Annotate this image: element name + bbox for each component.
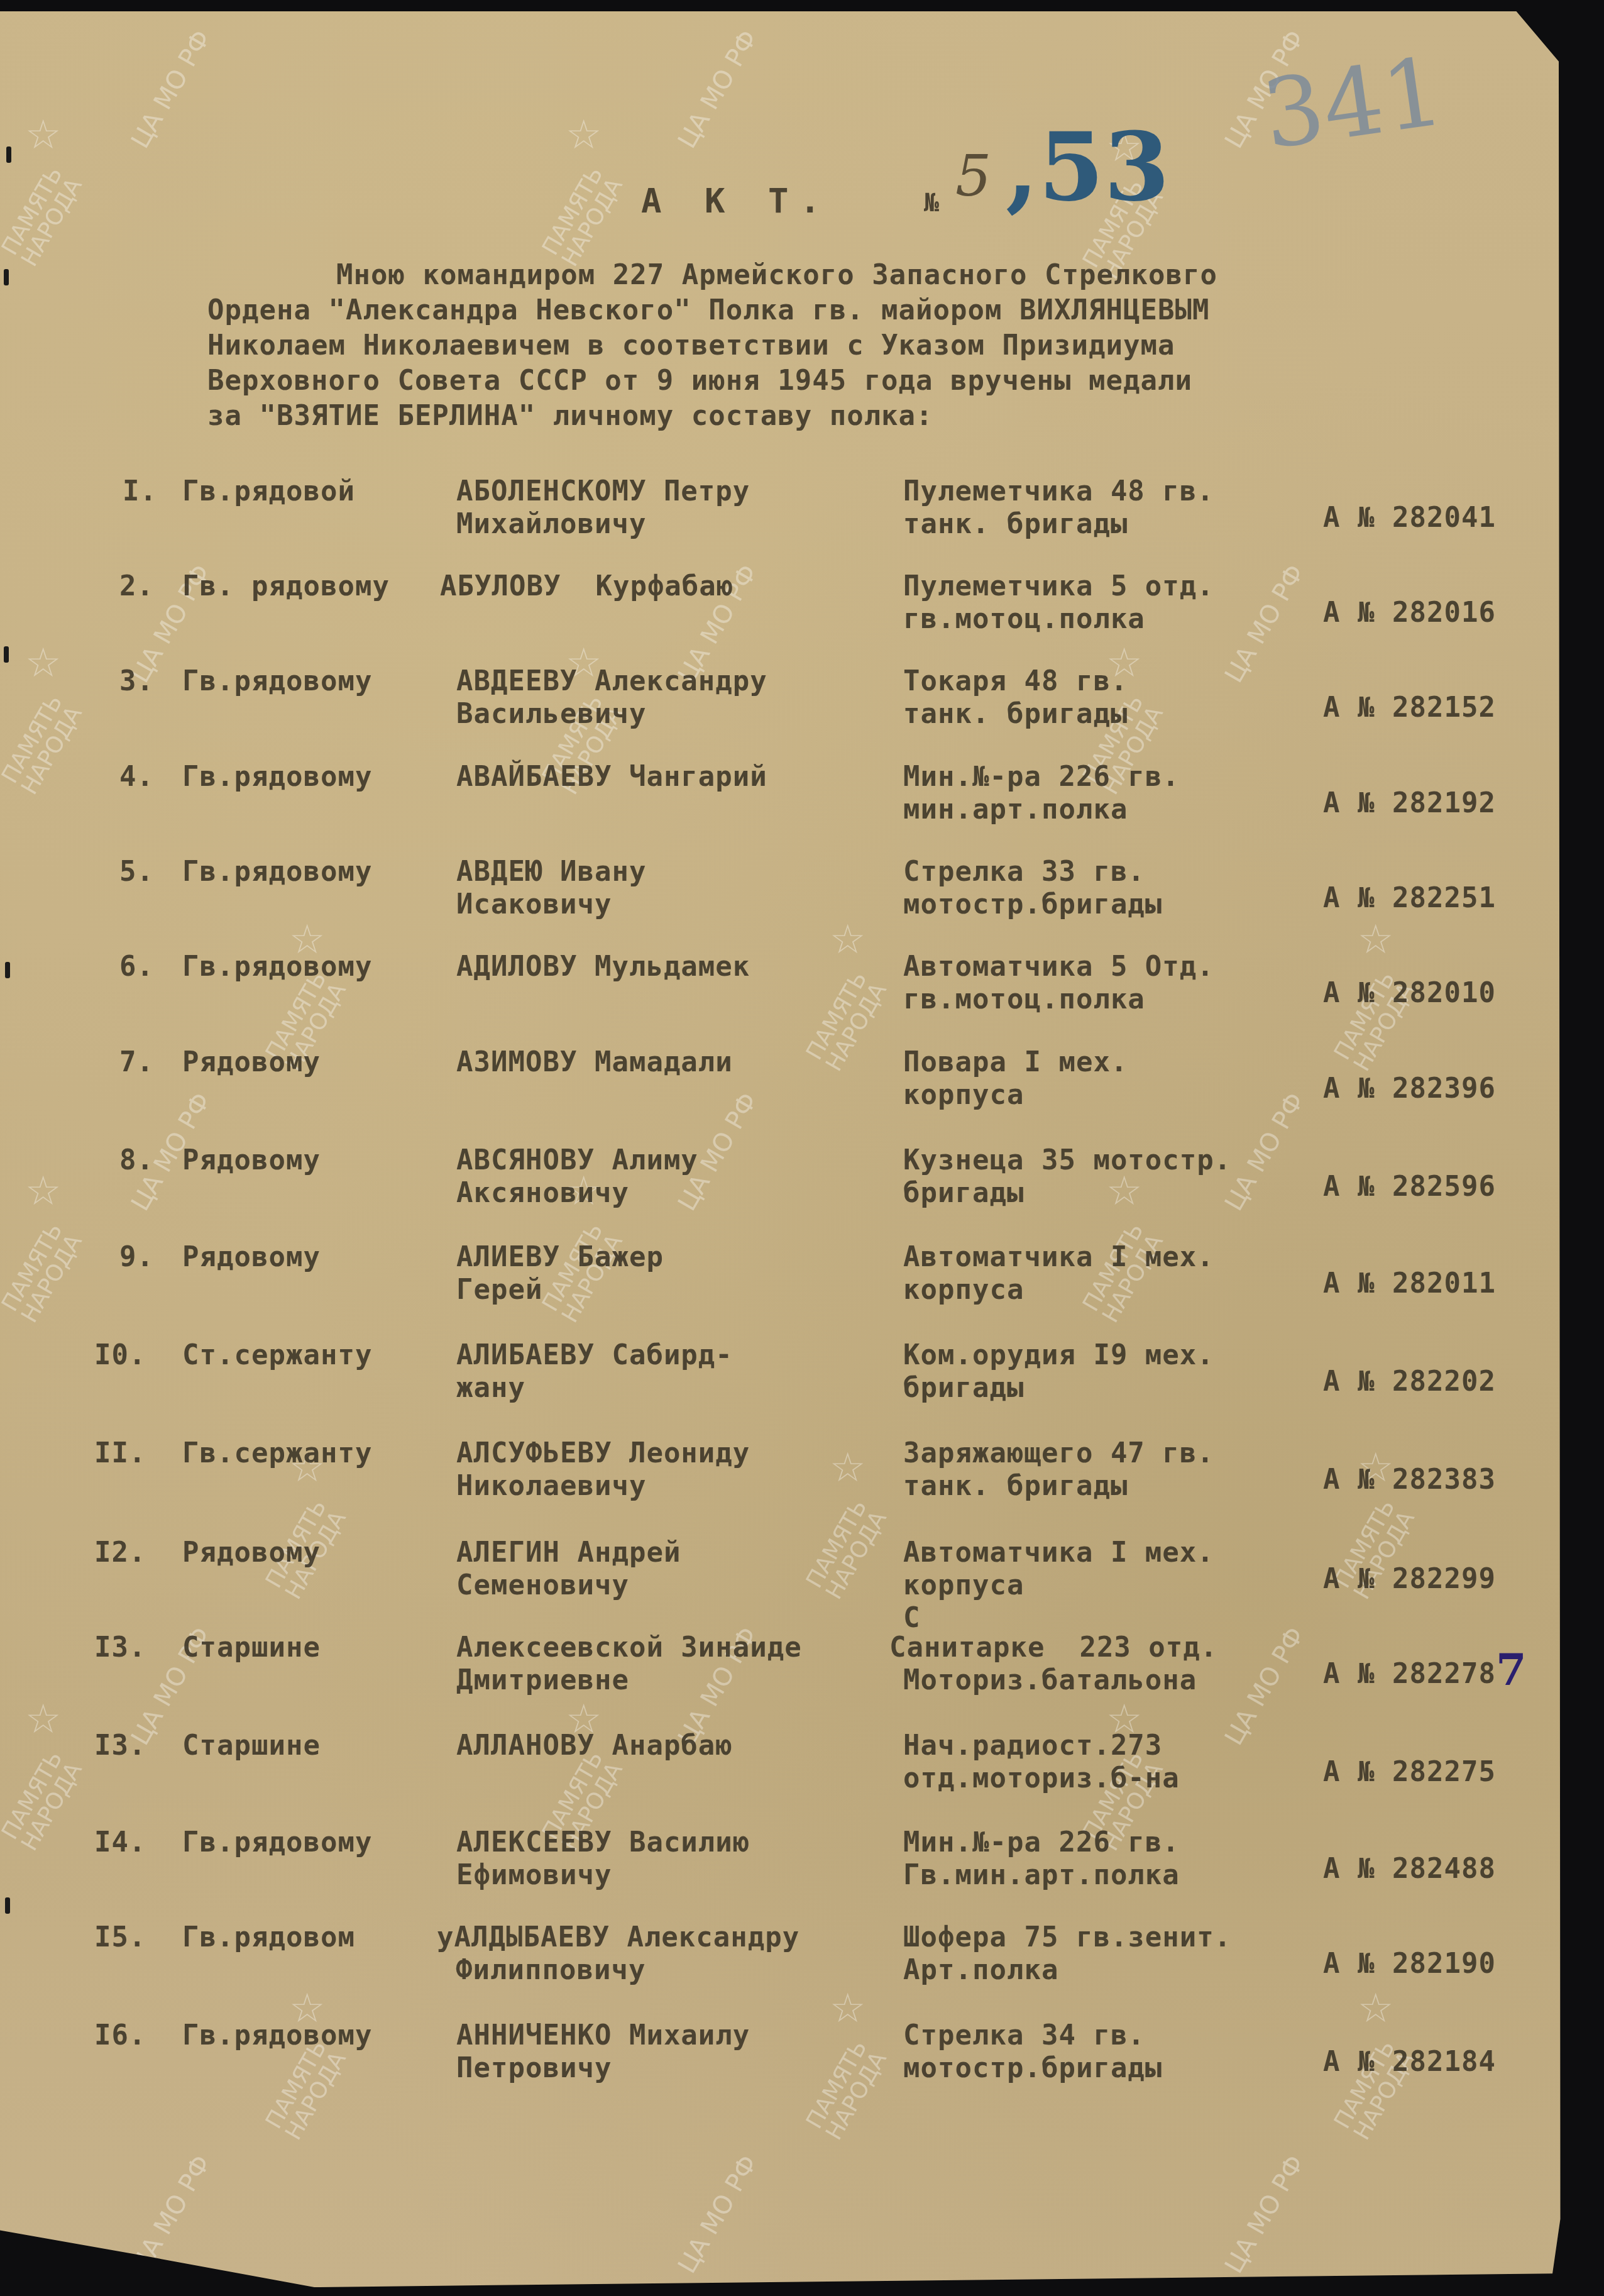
- watermark-camo: ЦА МО РФ: [126, 26, 216, 153]
- row-medal-number: А № 282278: [1323, 1658, 1496, 1691]
- row-unit: Автоматчика I мех.корпуса: [903, 1241, 1214, 1306]
- row-number: I2.: [94, 1537, 146, 1569]
- row-unit: Автоматчика I мех.корпусаС: [903, 1537, 1214, 1635]
- row-number: 4.: [119, 761, 154, 793]
- row-unit: Автоматчика 5 Отд.гв.мотоц.полка: [903, 951, 1214, 1016]
- row-unit: Заряжающего 47 гв.танк. бригады: [903, 1437, 1214, 1503]
- row-rank: Старшине: [182, 1730, 321, 1762]
- intro-line: Мною командиром 227 Армейского Запасного…: [336, 258, 1217, 293]
- watermark-camo: ЦА МО РФ: [1219, 2151, 1310, 2278]
- row-name: АВДЕЕВУ АлександруВасильевичу: [456, 665, 767, 731]
- row-unit: Токаря 48 гв.танк. бригады: [903, 665, 1128, 731]
- star-logo-icon: ☆: [1358, 1985, 1393, 2032]
- intro-line: Николаем Николаевичем в соответствии с У…: [207, 328, 1175, 363]
- row-unit: Мин.№-ра 226 гв.мин.арт.полка: [903, 761, 1180, 826]
- row-medal-number: А № 282299: [1323, 1563, 1496, 1596]
- row-medal-number: А № 282192: [1323, 787, 1496, 820]
- row-number: 6.: [119, 951, 154, 983]
- row-medal-number: А № 282190: [1323, 1948, 1496, 1980]
- row-name: уАЛДЫБАЕВУ АлександруФилипповичу: [437, 1921, 799, 1987]
- binder-hole: [4, 646, 9, 663]
- row-medal-number: А № 282596: [1323, 1171, 1496, 1203]
- watermark-pamyat: ПАМЯТЬНАРОДА: [0, 1220, 86, 1327]
- row-name: АВАЙБАЕВУ Чангарий: [456, 761, 767, 793]
- watermark-pamyat: ПАМЯТЬНАРОДА: [263, 2037, 351, 2144]
- row-medal-number: А № 282184: [1323, 2046, 1496, 2078]
- row-rank: Гв.рядовому: [182, 856, 372, 888]
- row-rank: Рядовому: [182, 1241, 321, 1274]
- document-page: ЦА МО РФ ЦА МО РФ ЦА МО РФ ЦА МО РФ ЦА М…: [0, 11, 1571, 2287]
- row-unit: Шофера 75 гв.зенит.Арт.полка: [903, 1921, 1231, 1987]
- binder-hole: [5, 1897, 10, 1914]
- row-unit: Пулеметчика 48 гв.танк. бригады: [903, 475, 1214, 541]
- star-logo-icon: ☆: [25, 640, 61, 687]
- row-rank: Рядовому: [182, 1046, 321, 1079]
- row-name: Алексеевской ЗинаидеДмитриевне: [456, 1631, 802, 1697]
- watermark-camo: ЦА МО РФ: [126, 2151, 216, 2278]
- row-name: АВДЕЮ ИвануИсаковичу: [456, 856, 646, 921]
- intro-line: Ордена "Александра Невского" Полка гв. м…: [207, 293, 1209, 328]
- row-number: I4.: [94, 1826, 146, 1859]
- row-number: I.: [123, 475, 157, 508]
- document-number-sign: №: [924, 189, 940, 218]
- handwritten-act-number: 5: [955, 143, 991, 209]
- row-medal-number: А № 282488: [1323, 1853, 1496, 1885]
- star-logo-icon: ☆: [830, 1445, 865, 1491]
- row-name: АННИЧЕНКО МихаилуПетровичу: [456, 2019, 750, 2085]
- watermark-pamyat: ПАМЯТЬНАРОДА: [0, 692, 86, 798]
- row-rank: Гв.рядовому: [182, 665, 372, 698]
- row-medal-number: А № 282202: [1323, 1366, 1496, 1398]
- row-number: 5.: [119, 856, 154, 888]
- binder-hole: [4, 269, 9, 285]
- row-name: АЛЕГИН АндрейСеменовичу: [456, 1537, 681, 1602]
- row-name: АБУЛОВУ Курфабаю: [440, 570, 733, 603]
- intro-line: Верховного Совета СССР от 9 июня 1945 го…: [207, 363, 1192, 399]
- row-name: АЛЕКСЕЕВУ ВасилиюЕфимовичу: [456, 1826, 750, 1892]
- watermark-camo: ЦА МО РФ: [1219, 560, 1310, 688]
- row-rank: Гв.рядовому: [182, 951, 372, 983]
- star-logo-icon: ☆: [25, 112, 61, 158]
- row-medal-number: А № 282016: [1323, 597, 1496, 629]
- binder-hole: [6, 146, 11, 163]
- row-number: 7.: [119, 1046, 154, 1079]
- row-unit: Санитарке 223 отд.Моториз.батальона: [889, 1631, 1217, 1697]
- row-medal-number: А № 282041: [1323, 502, 1496, 534]
- row-unit: Стрелка 34 гв.мотостр.бригады: [903, 2019, 1162, 2085]
- row-number: 9.: [119, 1241, 154, 1274]
- row-number: I3.: [94, 1631, 146, 1664]
- watermark-pamyat: ПАМЯТЬНАРОДА: [803, 1496, 891, 1603]
- row-number: II.: [94, 1437, 146, 1470]
- row-medal-number: А № 282251: [1323, 882, 1496, 915]
- row-number: 2.: [119, 570, 154, 603]
- row-unit: Стрелка 33 гв.мотостр.бригады: [903, 856, 1162, 921]
- row-number: I6.: [94, 2019, 146, 2052]
- row-medal-number: А № 282383: [1323, 1464, 1496, 1496]
- row-number: 3.: [119, 665, 154, 698]
- row-name: АЛИБАЕВУ Сабирд-жану: [456, 1339, 733, 1405]
- row-medal-number: А № 282396: [1323, 1073, 1496, 1105]
- watermark-camo: ЦА МО РФ: [673, 26, 763, 153]
- binder-hole: [5, 962, 10, 978]
- row-unit: Кузнеца 35 мотостр.бригады: [903, 1144, 1231, 1210]
- watermark-camo: ЦА МО РФ: [1219, 1623, 1310, 1750]
- watermark-camo: ЦА МО РФ: [673, 2151, 763, 2278]
- row-rank: Гв.рядовому: [182, 1826, 372, 1859]
- row-unit: Пулеметчика 5 отд.гв.мотоц.полка: [903, 570, 1214, 636]
- document-title: А К Т.: [641, 181, 832, 221]
- watermark-pamyat: ПАМЯТЬНАРОДА: [0, 1748, 86, 1855]
- row-medal-number: А № 282011: [1323, 1267, 1496, 1300]
- row-rank: Ст.сержанту: [182, 1339, 372, 1372]
- row-medal-number: А № 282010: [1323, 977, 1496, 1010]
- watermark-pamyat: ПАМЯТЬНАРОДА: [803, 968, 891, 1075]
- row-rank: Гв.рядовом: [182, 1921, 355, 1954]
- watermark-pamyat: ПАМЯТЬНАРОДА: [0, 163, 86, 270]
- row-name: АЛЛАНОВУ Анарбаю: [456, 1730, 733, 1762]
- row-rank: Рядовому: [182, 1144, 321, 1177]
- row-name: АЗИМОВУ Мамадали: [456, 1046, 733, 1079]
- row-rank: Гв. рядовому: [182, 570, 390, 603]
- row-rank: Гв.сержанту: [182, 1437, 372, 1470]
- row-number: 8.: [119, 1144, 154, 1177]
- intro-line: за "ВЗЯТИЕ БЕРЛИНА" личному составу полк…: [207, 399, 933, 434]
- star-logo-icon: ☆: [566, 112, 601, 158]
- row-unit: Нач.радиост.273отд.моториз.б-на: [903, 1730, 1180, 1795]
- row-unit: Мин.№-ра 226 гв.Гв.мин.арт.полка: [903, 1826, 1180, 1892]
- star-logo-icon: ☆: [1358, 917, 1393, 963]
- row-name: АВСЯНОВУ АлимуАксяновичу: [456, 1144, 698, 1210]
- row-number: I5.: [94, 1921, 146, 1954]
- watermark-pamyat: ПАМЯТЬНАРОДА: [539, 163, 627, 270]
- row-medal-number: А № 282152: [1323, 692, 1496, 724]
- watermark-camo: ЦА МО РФ: [1219, 1088, 1310, 1216]
- row-name: АЛСУФЬЕВУ ЛеонидуНиколаевичу: [456, 1437, 750, 1503]
- row-name: АЛИЕВУ БажерГерей: [456, 1241, 664, 1306]
- row-rank: Рядовому: [182, 1537, 321, 1569]
- handwritten-act-number-blue: ,53: [1006, 112, 1170, 223]
- row-number: I0.: [94, 1339, 146, 1372]
- star-logo-icon: ☆: [25, 1696, 61, 1743]
- row-rank: Старшине: [182, 1631, 321, 1664]
- row-number: I3.: [94, 1730, 146, 1762]
- row-unit: Повара I мех.корпуса: [903, 1046, 1128, 1112]
- star-logo-icon: ☆: [830, 1985, 865, 2032]
- star-logo-icon: ☆: [830, 917, 865, 963]
- row-rank: Гв.рядовому: [182, 761, 372, 793]
- row-rank: Гв.рядовой: [182, 475, 355, 508]
- row-medal-number: А № 282275: [1323, 1756, 1496, 1789]
- watermark-pamyat: ПАМЯТЬНАРОДА: [803, 2037, 891, 2144]
- handwritten-correction-mark: 7: [1496, 1643, 1527, 1696]
- row-unit: Ком.орудия I9 мех.бригады: [903, 1339, 1214, 1405]
- row-name: АБОЛЕНСКОМУ ПетруМихайловичу: [456, 475, 750, 541]
- row-name: АДИЛОВУ Мульдамек: [456, 951, 750, 983]
- star-logo-icon: ☆: [25, 1168, 61, 1215]
- row-rank: Гв.рядовому: [182, 2019, 372, 2052]
